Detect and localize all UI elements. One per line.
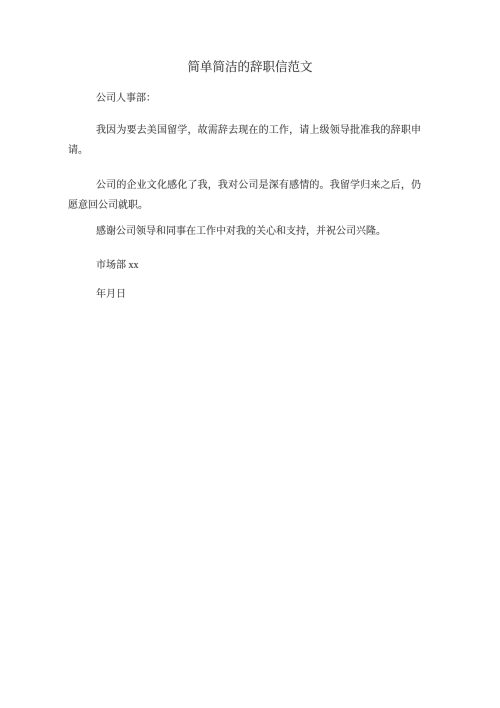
salutation-line: 公司人事部： bbox=[68, 89, 421, 109]
letter-page: 简单简洁的辞职信范文 公司人事部： 我因为要去美国留学，故需辞去现在的工作，请上… bbox=[0, 0, 500, 708]
body-paragraph-3: 感谢公司领导和同事在工作中对我的关心和支持，并祝公司兴隆。 bbox=[68, 222, 421, 242]
signature-line: 市场部 xx bbox=[68, 256, 421, 276]
document-title: 简单简洁的辞职信范文 bbox=[0, 58, 500, 76]
body-paragraph-2: 公司的企业文化感化了我，我对公司是深有感情的。我留学归来之后，仍愿意回公司就职。 bbox=[68, 176, 421, 216]
body-paragraph-1: 我因为要去美国留学，故需辞去现在的工作，请上级领导批准我的辞职申请。 bbox=[68, 121, 421, 161]
date-line: 年月日 bbox=[68, 285, 421, 305]
